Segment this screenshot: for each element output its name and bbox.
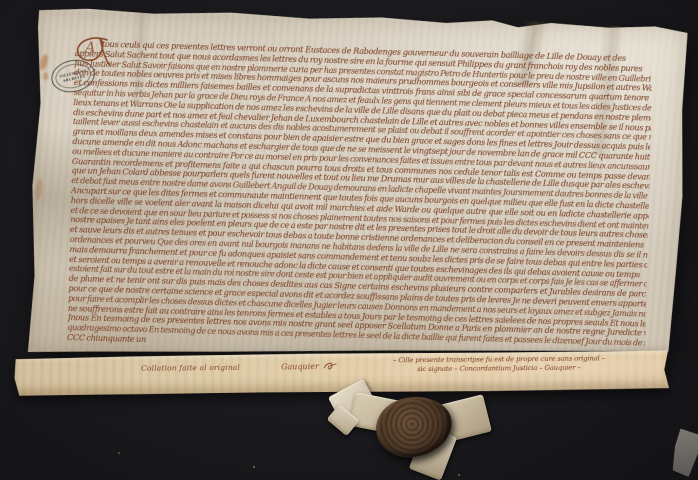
dust-speck	[253, 466, 255, 468]
parchment-scrap	[670, 428, 698, 477]
parchment-sheet: VILLENEUVE ARCHIVES A tous ceuls qui ces…	[27, 6, 688, 370]
clerk-signature: Gauquier	[281, 361, 337, 373]
signature-paraph-icon	[323, 361, 337, 371]
endorsement-note: – Cille presente transcripse fu est de p…	[393, 354, 668, 375]
dust-speck	[458, 474, 460, 476]
manuscript-text-block: tous ceuls qui ces presentes lettres ver…	[67, 39, 653, 358]
collation-note: Collation faite al original	[141, 363, 240, 373]
signature-text: Gauquier	[281, 362, 319, 371]
dust-speck	[118, 452, 120, 454]
photo-stage: VILLENEUVE ARCHIVES A tous ceuls qui ces…	[0, 0, 698, 480]
